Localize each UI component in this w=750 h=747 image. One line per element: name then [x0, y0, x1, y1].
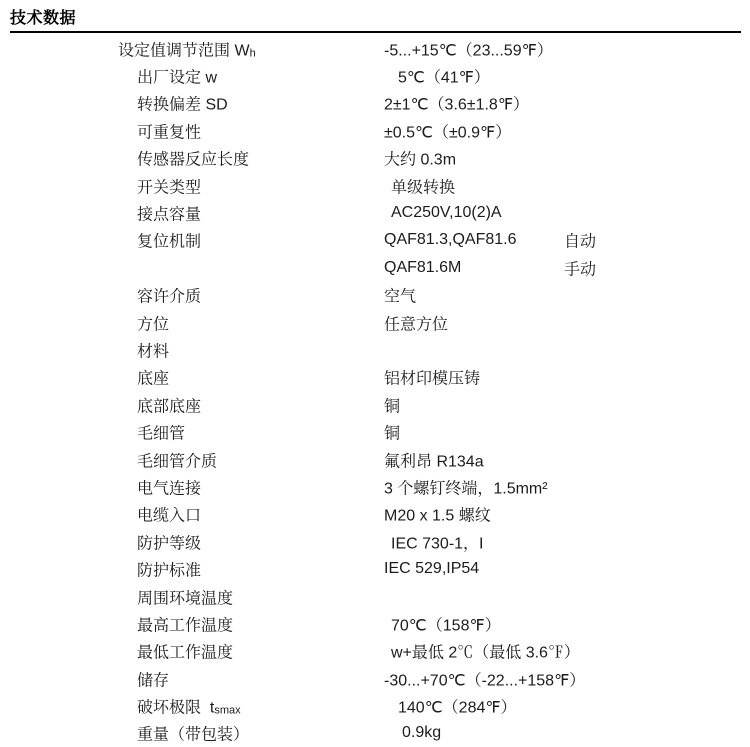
- row-label-text: 传感器反应长度: [137, 152, 249, 169]
- table-row: 底部底座 铜: [0, 391, 750, 418]
- section-header: 技术数据: [10, 9, 741, 33]
- row-value: 铝材印模压铸: [384, 366, 480, 389]
- row-label-text: 底部底座: [137, 398, 201, 415]
- row-label: 可重复性: [137, 119, 201, 142]
- row-label: 容许介质: [137, 284, 201, 307]
- page-title: 技术数据: [10, 9, 741, 28]
- row-value: -30...+70℃（-22...+158℉）: [384, 667, 585, 690]
- table-row: 开关类型 单级转换: [0, 172, 750, 199]
- page: 技术数据 设定值调节范围 Wh -5...+15℃（23...59℉） 出厂设定…: [0, 0, 750, 747]
- table-row: QAF81.6M 手动: [0, 254, 750, 281]
- row-value: 140℃（284℉）: [398, 695, 517, 718]
- row-label-text: 储存: [137, 672, 169, 689]
- row-value: 铜: [384, 421, 400, 444]
- table-row: 容许介质 空气: [0, 282, 750, 309]
- row-label-text: 重量（带包装）: [137, 727, 249, 744]
- table-row: 电气连接 3 个螺钉终端，1.5mm²: [0, 473, 750, 500]
- table-row: 储存 -30...+70℃（-22...+158℉）: [0, 665, 750, 692]
- table-row: 最高工作温度 70℃（158℉）: [0, 610, 750, 637]
- row-label-text: 最高工作温度: [137, 617, 233, 634]
- row-label-text: 开关类型: [137, 179, 201, 196]
- row-label-text: 毛细管介质: [137, 453, 217, 470]
- row-label-text: 电气连接: [137, 480, 201, 497]
- row-label: 毛细管介质: [137, 448, 217, 471]
- row-label-text: 底座: [137, 371, 169, 388]
- row-label-text: 周围环境温度: [137, 590, 233, 607]
- row-label: 复位机制: [137, 229, 201, 252]
- row-label-text: 材料: [137, 343, 169, 360]
- table-row: 可重复性 ±0.5℃（±0.9℉）: [0, 117, 750, 144]
- table-row: 方位 任意方位: [0, 309, 750, 336]
- row-value: QAF81.3,QAF81.6: [384, 231, 517, 249]
- table-row: 传感器反应长度 大约 0.3m: [0, 145, 750, 172]
- table-row: 材料: [0, 336, 750, 363]
- row-label-text: 复位机制: [137, 234, 201, 251]
- row-value: AC250V,10(2)A: [391, 204, 502, 222]
- row-label-text: 最低工作温度: [137, 645, 233, 662]
- row-label-text: 毛细管: [137, 426, 185, 443]
- row-label-text: 容许介质: [137, 289, 201, 306]
- row-note: 手动: [564, 256, 596, 279]
- row-label: 最低工作温度: [137, 640, 233, 663]
- row-label-text: 防护等级: [137, 535, 201, 552]
- row-value: 70℃（158℉）: [391, 612, 501, 635]
- row-value: 空气: [384, 284, 416, 307]
- row-label-text: 破坏极限 t: [137, 700, 214, 717]
- row-label-text: 出厂设定 w: [137, 70, 217, 87]
- row-label: 底部底座: [137, 393, 201, 416]
- table-row: 防护等级 IEC 730-1，I: [0, 528, 750, 555]
- row-label: 毛细管: [137, 421, 185, 444]
- row-label-text: 方位: [137, 316, 169, 333]
- row-label-text: 接点容量: [137, 207, 201, 224]
- table-row: 最低工作温度 w+最低 2℃（最低 3.6℉）: [0, 638, 750, 665]
- row-label: 储存: [137, 667, 169, 690]
- row-value: 任意方位: [384, 311, 448, 334]
- table-row: 转换偏差 SD 2±1℃（3.6±1.8℉）: [0, 90, 750, 117]
- row-label: 设定值调节范围 Wh: [118, 37, 256, 60]
- row-value: 单级转换: [391, 174, 455, 197]
- row-label: 底座: [137, 366, 169, 389]
- row-value: -5...+15℃（23...59℉）: [384, 37, 553, 60]
- row-value: 铜: [384, 393, 400, 416]
- row-label: 转换偏差 SD: [137, 92, 228, 115]
- spec-table: 设定值调节范围 Wh -5...+15℃（23...59℉） 出厂设定 w 5℃…: [0, 33, 750, 747]
- table-row: 毛细管 铜: [0, 418, 750, 445]
- row-label-text: 转换偏差 SD: [137, 97, 228, 114]
- table-row: 电缆入口 M20 x 1.5 螺纹: [0, 501, 750, 528]
- table-row: 设定值调节范围 Wh -5...+15℃（23...59℉）: [0, 35, 750, 62]
- row-label: 电缆入口: [137, 503, 201, 526]
- row-label: 接点容量: [137, 202, 201, 225]
- table-row: 毛细管介质 氟利昂 R134a: [0, 446, 750, 473]
- row-label: 传感器反应长度: [137, 147, 249, 170]
- row-value: w+最低 2℃（最低 3.6℉）: [391, 640, 580, 663]
- row-value: 2±1℃（3.6±1.8℉）: [384, 92, 529, 115]
- row-label-text: 电缆入口: [137, 508, 201, 525]
- table-row: 周围环境温度: [0, 583, 750, 610]
- row-label: 开关类型: [137, 174, 201, 197]
- row-value: IEC 730-1，I: [391, 530, 484, 553]
- row-label: 电气连接: [137, 475, 201, 498]
- table-row: 重量（带包装） 0.9kg: [0, 720, 750, 747]
- table-row: 出厂设定 w 5℃（41℉）: [0, 62, 750, 89]
- row-label: 防护标准: [137, 558, 201, 581]
- row-value: 大约 0.3m: [384, 147, 456, 170]
- row-value: 5℃（41℉）: [398, 65, 490, 88]
- row-label: 破坏极限 tsmax: [137, 695, 241, 718]
- table-row: 防护标准 IEC 529,IP54: [0, 555, 750, 582]
- row-label-subscript: smax: [214, 705, 240, 717]
- row-value: IEC 529,IP54: [384, 560, 479, 578]
- row-label: 方位: [137, 311, 169, 334]
- table-row: 接点容量 AC250V,10(2)A: [0, 199, 750, 226]
- row-label: 重量（带包装）: [137, 722, 249, 745]
- row-note: 自动: [564, 229, 596, 252]
- row-label-text: 防护标准: [137, 563, 201, 580]
- row-label: 防护等级: [137, 530, 201, 553]
- row-label-text: 设定值调节范围 W: [118, 42, 250, 59]
- row-value: M20 x 1.5 螺纹: [384, 503, 491, 526]
- row-label: 周围环境温度: [137, 585, 233, 608]
- row-value: ±0.5℃（±0.9℉）: [384, 119, 511, 142]
- row-value: 3 个螺钉终端，1.5mm²: [384, 475, 548, 498]
- row-label: 材料: [137, 338, 169, 361]
- row-value: 0.9kg: [402, 724, 441, 742]
- table-row: 底座 铝材印模压铸: [0, 364, 750, 391]
- row-label-subscript: h: [250, 47, 256, 59]
- table-row: 复位机制 QAF81.3,QAF81.6 自动: [0, 227, 750, 254]
- row-label-text: 可重复性: [137, 124, 201, 141]
- row-label: 最高工作温度: [137, 612, 233, 635]
- row-value: QAF81.6M: [384, 259, 461, 277]
- row-value: 氟利昂 R134a: [384, 448, 484, 471]
- table-row: 破坏极限 tsmax 140℃（284℉）: [0, 692, 750, 719]
- row-label: 出厂设定 w: [137, 65, 217, 88]
